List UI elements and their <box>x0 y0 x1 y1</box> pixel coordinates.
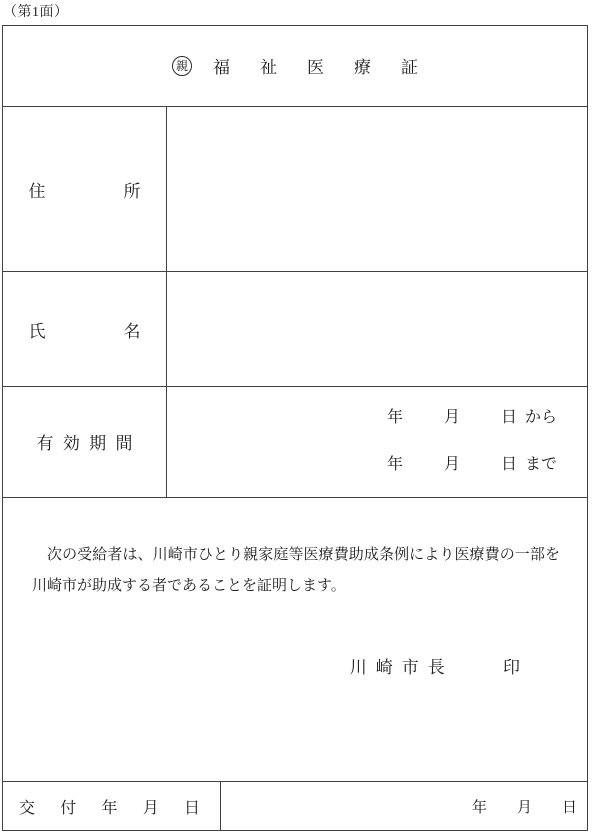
title-char: 福 <box>213 53 230 78</box>
issue-label-char: 交 <box>19 795 35 818</box>
address-label-text: 住 所 <box>29 177 141 202</box>
address-row: 住 所 <box>3 107 587 273</box>
address-label-char: 所 <box>124 177 141 202</box>
day-label: 日 <box>501 410 517 426</box>
name-label: 氏 名 <box>3 272 167 386</box>
parent-type-badge: 親 <box>172 56 192 76</box>
name-label-char: 名 <box>124 317 141 342</box>
issue-label-char: 付 <box>60 795 76 818</box>
issue-date-label: 交 付 年 月 日 <box>3 782 221 830</box>
name-label-char: 氏 <box>29 317 46 342</box>
month-label: 月 <box>444 457 460 473</box>
validity-label-text: 有 効 期 間 <box>37 429 133 454</box>
seal-placeholder: 印 <box>503 658 520 677</box>
title-row: 親 福 祉 医 療 証 <box>3 26 587 107</box>
validity-label-char: 有 <box>37 429 54 454</box>
issue-label-char: 日 <box>184 795 200 818</box>
validity-label-char: 間 <box>115 429 132 454</box>
page-face-label: （第1面） <box>3 1 69 21</box>
year-label: 年 <box>387 457 403 473</box>
validity-value-cell: 年 月 日 から 年 月 日 まで <box>167 387 587 497</box>
name-row: 氏 名 <box>3 272 587 387</box>
address-value-cell <box>167 107 587 272</box>
issue-date-row: 交 付 年 月 日 年 月 日 <box>3 782 587 830</box>
name-label-text: 氏 名 <box>29 317 141 342</box>
mayor-title-char: 市 <box>402 658 419 678</box>
mayor-title-char: 長 <box>428 658 445 678</box>
mayor-title: 川 崎 市 長 <box>350 658 445 678</box>
name-value-cell <box>167 272 587 386</box>
title-char: 証 <box>401 53 418 78</box>
certificate-title: 福 祉 医 療 証 <box>213 53 418 78</box>
day-label: 日 <box>501 457 517 473</box>
validity-label-char: 期 <box>89 429 106 454</box>
address-label: 住 所 <box>3 107 167 272</box>
issue-date-value-cell: 年 月 日 <box>221 782 587 830</box>
validity-row: 有 効 期 間 年 月 日 から 年 月 日 まで <box>3 387 587 498</box>
address-label-char: 住 <box>29 177 46 202</box>
statement-row: 次の受給者は、川崎市ひとり親家庭等医療費助成条例により医療費の一部を川崎市が助成… <box>3 498 587 782</box>
validity-label: 有 効 期 間 <box>3 387 167 497</box>
title-char: 祉 <box>260 53 277 78</box>
issue-label-char: 月 <box>143 795 159 818</box>
to-suffix: まで <box>525 457 557 473</box>
month-label: 月 <box>444 410 460 426</box>
certification-statement: 次の受給者は、川崎市ひとり親家庭等医療費助成条例により医療費の一部を川崎市が助成… <box>3 513 587 602</box>
mayor-title-char: 崎 <box>376 658 393 678</box>
year-label: 年 <box>472 796 487 817</box>
from-suffix: から <box>525 410 557 426</box>
certificate-form-table: 親 福 祉 医 療 証 住 所 氏 名 <box>2 25 588 831</box>
validity-to-line: 年 月 日 まで <box>167 457 557 473</box>
mayor-signature-line: 川 崎 市 長 印 <box>3 658 587 678</box>
month-label: 月 <box>517 796 532 817</box>
mayor-title-char: 川 <box>350 658 367 678</box>
certificate-sheet: （第1面） 親 福 祉 医 療 証 住 所 <box>0 0 592 834</box>
title-char: 療 <box>354 53 371 78</box>
validity-from-line: 年 月 日 から <box>167 410 557 426</box>
issue-label-char: 年 <box>101 795 117 818</box>
year-label: 年 <box>387 410 403 426</box>
title-char: 医 <box>307 53 324 78</box>
validity-label-char: 効 <box>63 429 80 454</box>
day-label: 日 <box>562 796 577 817</box>
